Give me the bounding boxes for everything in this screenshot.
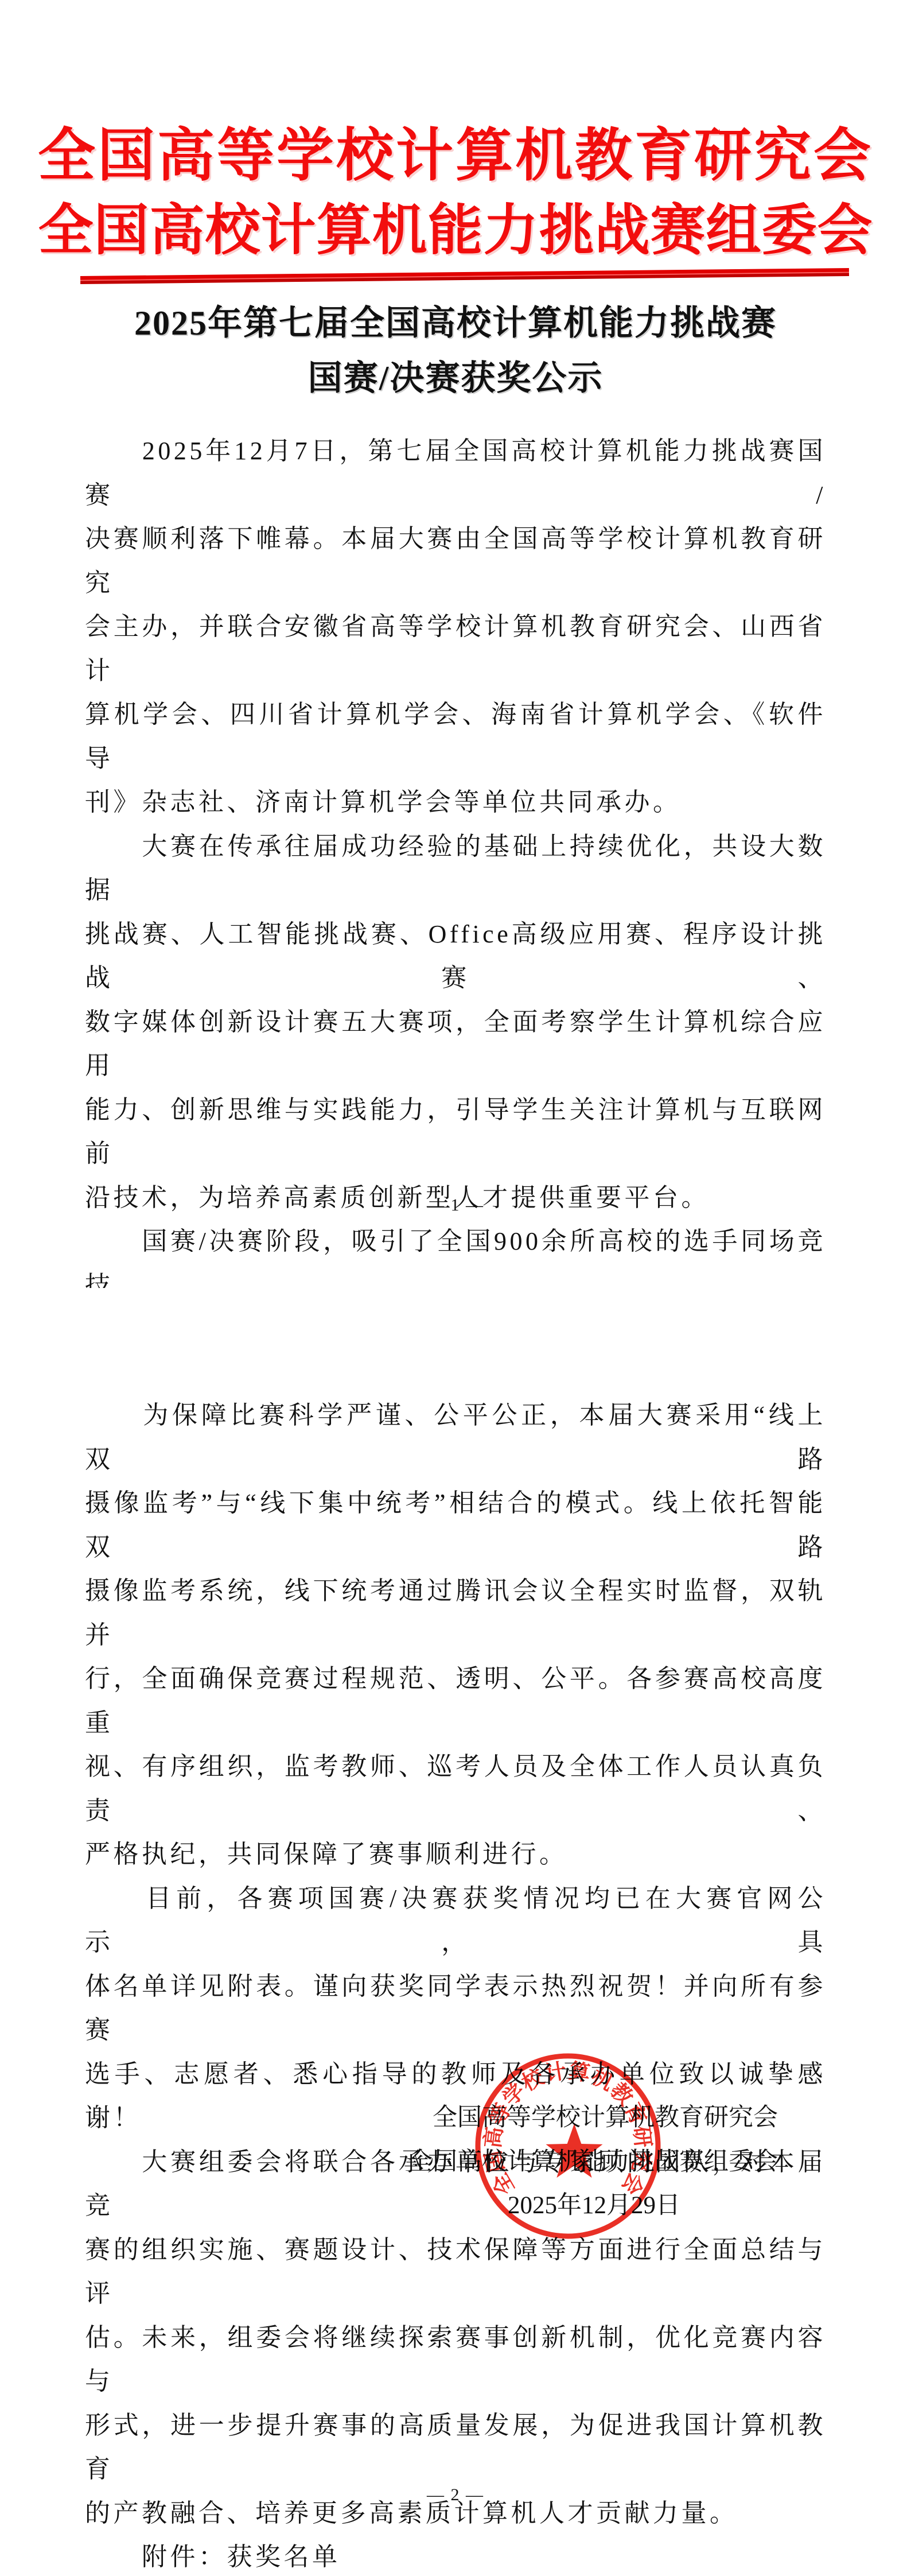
official-seal: 全国高等学校计算机教育研究会 (465, 2043, 671, 2249)
body-paragraph: 大赛在传承往届成功经验的基础上持续优化，共设大数据挑战赛、人工智能挑战赛、Off… (85, 825, 826, 1220)
page-number-2: — 2 — (0, 2485, 911, 2505)
page-number-1: — 1 — (0, 1196, 911, 1215)
body-paragraph: 为保障比赛科学严谨、公平公正，本届大赛采用“线上双路摄像监考”与“线下集中统考”… (85, 1394, 826, 1877)
document-title: 2025年第七届全国高校计算机能力挑战赛 国赛/决赛获奖公示 (0, 296, 911, 406)
page-1-body: 2025年12月7日，第七届全国高校计算机能力挑战赛国赛/决赛顺利落下帷幕。本届… (85, 429, 826, 1288)
body-paragraph: 2025年12月7日，第七届全国高校计算机能力挑战赛国赛/决赛顺利落下帷幕。本届… (85, 429, 826, 825)
text-line: 决赛顺利落下帷幕。本届大赛由全国高等学校计算机教育研究 (85, 517, 826, 605)
text-line: 国赛/决赛阶段，吸引了全国900余所高校的选手同场竞技， (85, 1220, 826, 1288)
text-line: 摄像监考系统，线下统考通过腾讯会议全程实时监督，双轨并 (85, 1569, 826, 1657)
text-line: 赛的组织实施、赛题设计、技术保障等方面进行全面总结与评 (85, 2228, 826, 2316)
letterhead-rule (80, 268, 849, 284)
document-title-line-1: 2025年第七届全国高校计算机能力挑战赛 (0, 296, 911, 351)
seal-star-icon (546, 2124, 603, 2178)
document-page-2: 为保障比赛科学严谨、公平公正，本届大赛采用“线上双路摄像监考”与“线下集中统考”… (0, 1288, 911, 2576)
letterhead-line-1: 全国高等学校计算机教育研究会 (0, 119, 911, 193)
page-2-body: 为保障比赛科学严谨、公平公正，本届大赛采用“线上双路摄像监考”与“线下集中统考”… (85, 1394, 826, 2576)
text-line: 为保障比赛科学严谨、公平公正，本届大赛采用“线上双路 (85, 1394, 826, 1481)
text-line: 目前，各赛项国赛/决赛获奖情况均已在大赛官网公示，具 (85, 1877, 826, 1965)
text-line: 算机学会、四川省计算机学会、海南省计算机学会、《软件导 (85, 693, 826, 781)
text-line: 挑战赛、人工智能挑战赛、Office高级应用赛、程序设计挑战赛、 (85, 913, 826, 1000)
text-line: 数字媒体创新设计赛五大赛项，全面考察学生计算机综合应用 (85, 1000, 826, 1088)
text-line: 刊》杂志社、济南计算机学会等单位共同承办。 (85, 781, 826, 825)
text-line: 行，全面确保竞赛过程规范、透明、公平。各参赛高校高度重 (85, 1657, 826, 1745)
body-paragraph: 国赛/决赛阶段，吸引了全国900余所高校的选手同场竞技，包括北方工业大学、南通理… (85, 1220, 826, 1288)
text-line: 体名单详见附表。谨向获奖同学表示热烈祝贺！并向所有参赛 (85, 1965, 826, 2053)
text-line: 严格执纪，共同保障了赛事顺利进行。 (85, 1833, 826, 1877)
text-line: 摄像监考”与“线下集中统考”相结合的模式。线上依托智能双路 (85, 1481, 826, 1569)
text-line: 形式，进一步提升赛事的高质量发展，为促进我国计算机教育 (85, 2404, 826, 2492)
text-line: 2025年12月7日，第七届全国高校计算机能力挑战赛国赛/ (85, 429, 826, 517)
red-letterhead: 全国高等学校计算机教育研究会 全国高校计算机能力挑战赛组委会 (0, 119, 911, 268)
text-line: 附件：获奖名单 (85, 2535, 826, 2576)
document-title-line-2: 国赛/决赛获奖公示 (0, 351, 911, 406)
text-line: 大赛在传承往届成功经验的基础上持续优化，共设大数据 (85, 825, 826, 913)
text-line: 会主办，并联合安徽省高等学校计算机教育研究会、山西省计 (85, 605, 826, 693)
text-line: 视、有序组织，监考教师、巡考人员及全体工作人员认真负责、 (85, 1745, 826, 1833)
letterhead-line-2: 全国高校计算机能力挑战赛组委会 (0, 193, 911, 268)
attachment-note: 附件：获奖名单 (85, 2535, 826, 2576)
document-page-1: 全国高等学校计算机教育研究会 全国高校计算机能力挑战赛组委会 2025年第七届全… (0, 0, 911, 1288)
text-line: 估。未来，组委会将继续探索赛事创新机制，优化竞赛内容与 (85, 2316, 826, 2404)
seal-graphic: 全国高等学校计算机教育研究会 (465, 2043, 671, 2249)
text-line: 能力、创新思维与实践能力，引导学生关注计算机与互联网前 (85, 1088, 826, 1176)
